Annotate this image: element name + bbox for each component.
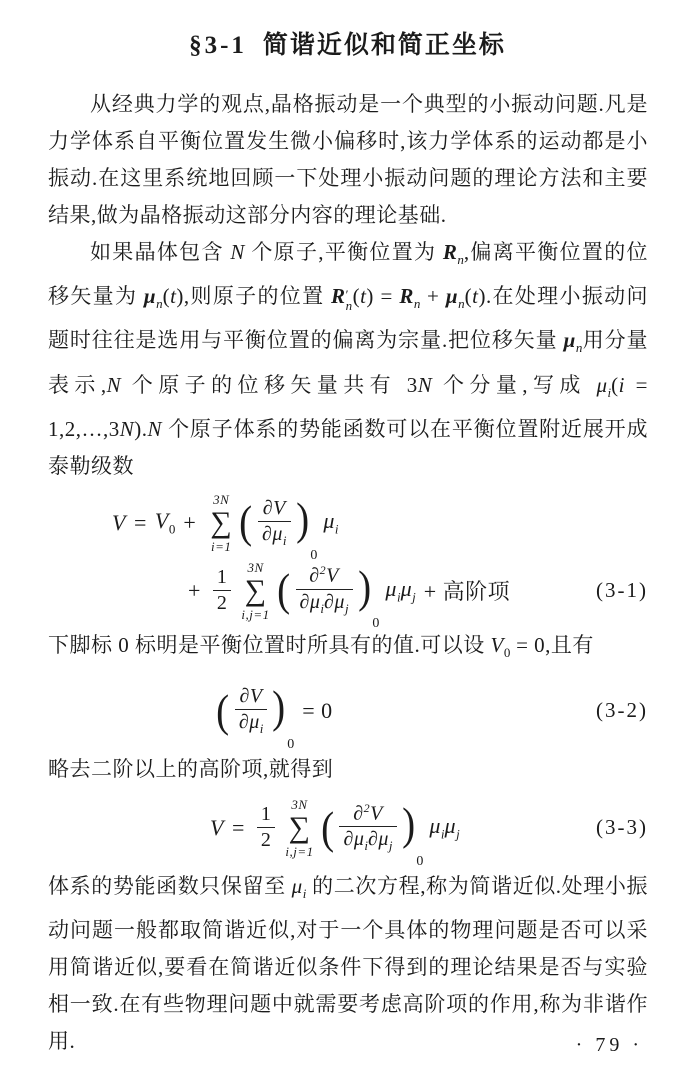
paren: ( bbox=[353, 284, 361, 308]
math-var-V0: V bbox=[155, 508, 169, 533]
paren-subscript-0: 0 bbox=[416, 854, 423, 869]
sum-upper-limit: 3N bbox=[241, 561, 269, 574]
math-var-mu: μ bbox=[445, 813, 457, 838]
text-run: 如果晶体包含 bbox=[90, 240, 230, 264]
paren-subscript-0: 0 bbox=[372, 616, 379, 631]
left-paren: ( bbox=[321, 810, 334, 847]
math-var-R-prime: R bbox=[331, 284, 346, 308]
section-number: §3-1 bbox=[189, 32, 247, 59]
math-var-V: V bbox=[370, 802, 383, 824]
paren-subscript-0: 0 bbox=[287, 737, 294, 752]
sum-lower-limit: i=1 bbox=[210, 540, 232, 553]
sum-lower-limit: i,j=1 bbox=[285, 845, 313, 858]
equation-number: (3-3) bbox=[596, 815, 648, 840]
fraction-denominator: 2 bbox=[213, 590, 232, 616]
right-paren: ) bbox=[402, 806, 415, 843]
right-paren: ) bbox=[358, 569, 371, 606]
equals-zero: = 0 bbox=[302, 698, 332, 724]
math-var-N: N bbox=[230, 240, 245, 264]
math-var-N: N bbox=[107, 373, 122, 397]
summation: 3N ∑ i,j=1 bbox=[285, 798, 313, 858]
fraction-one-half: 1 2 bbox=[213, 565, 232, 616]
sigma-icon: ∑ bbox=[210, 508, 232, 538]
left-paren: ( bbox=[239, 504, 252, 541]
equation-3-1-line-2: + 1 2 3N ∑ i,j=1 ( ∂2V ∂μi∂μj )0 μiμj + … bbox=[48, 559, 648, 623]
math-var-mu: μ bbox=[385, 576, 397, 601]
partial-mu: ∂μ bbox=[324, 591, 345, 613]
equation-3-1: V = V0 + 3N ∑ i=1 ( ∂V ∂μi )0 μi + bbox=[48, 491, 648, 623]
fraction-dV-dmu: ∂V ∂μi bbox=[258, 496, 291, 550]
fraction-denominator: ∂μi∂μj bbox=[339, 826, 396, 855]
fraction-denominator: ∂μi bbox=[235, 709, 268, 738]
text-run: 个分量,写成 bbox=[432, 373, 596, 397]
subscript-n: n bbox=[346, 300, 353, 311]
math-var-N: N bbox=[120, 417, 135, 441]
equation-number: (3-1) bbox=[596, 578, 648, 603]
partial-symbol: ∂ bbox=[353, 802, 363, 824]
math-var-mu: μ bbox=[429, 813, 441, 838]
equation-number: (3-2) bbox=[596, 698, 648, 723]
subscript-i: i bbox=[335, 521, 339, 536]
paren: ( bbox=[163, 284, 171, 308]
paragraph-harmonic-approx: 体系的势能函数只保留至 μi 的二次方程,称为简谐近似.处理小振动问题一般都取简… bbox=[48, 868, 648, 1060]
partial-mu: ∂μ bbox=[368, 828, 389, 850]
plus-sign: + bbox=[188, 578, 201, 604]
fraction-numerator: 1 bbox=[213, 565, 232, 590]
subscript-j: j bbox=[412, 589, 416, 604]
equation-3-2: ( ∂V ∂μi )0 = 0 (3-2) bbox=[48, 679, 648, 743]
sigma-icon: ∑ bbox=[285, 813, 313, 843]
text-run: 体系的势能函数只保留至 bbox=[48, 874, 292, 898]
left-paren: ( bbox=[277, 572, 290, 609]
text-run: 个原子的位移矢量共有 3 bbox=[121, 373, 418, 397]
fraction-numerator: ∂2V bbox=[339, 801, 396, 827]
math-var-V: V bbox=[112, 510, 126, 535]
text-run: 的二次方程,称为简谐近似.处理小振动问题一般都取简谐近似,对于一个具体的物理问题… bbox=[48, 874, 648, 1053]
fraction-d2V-dmu-dmu: ∂2V ∂μi∂μj bbox=[296, 563, 353, 618]
fraction-denominator: 2 bbox=[257, 827, 276, 853]
higher-order-terms: + 高阶项 bbox=[424, 575, 510, 606]
math-var-N: N bbox=[148, 417, 163, 441]
math-var-R: R bbox=[399, 284, 414, 308]
equation-3-3-line: V = 1 2 3N ∑ i,j=1 ( ∂2V ∂μi∂μj )0 μiμj bbox=[48, 796, 648, 860]
sum-lower-limit: i,j=1 bbox=[241, 608, 269, 621]
text-run: = 0,且有 bbox=[510, 633, 594, 657]
textbook-page: §3-1简谐近似和简正坐标 从经典力学的观点,晶格振动是一个典型的小振动问题.凡… bbox=[0, 0, 695, 1079]
partial-mu: ∂μ bbox=[239, 711, 260, 733]
paragraph-setup: 如果晶体包含 N 个原子,平衡位置为 Rn,偏离平衡位置的位移矢量为 μn(t)… bbox=[48, 234, 648, 485]
partial-mu: ∂μ bbox=[262, 523, 283, 545]
fraction-one-half: 1 2 bbox=[257, 802, 276, 853]
partial-mu: ∂μ bbox=[343, 828, 364, 850]
fraction-denominator: ∂μi∂μj bbox=[296, 589, 353, 618]
equation-3-1-line-1: V = V0 + 3N ∑ i=1 ( ∂V ∂μi )0 μi bbox=[48, 491, 648, 555]
fraction-d2V-dmu-dmu: ∂2V ∂μi∂μj bbox=[339, 801, 396, 856]
sum-upper-limit: 3N bbox=[285, 798, 313, 811]
subscript-j: j bbox=[456, 827, 460, 842]
text-run: ),则原子的位置 bbox=[176, 284, 331, 308]
fraction-numerator: ∂2V bbox=[296, 563, 353, 589]
fraction-numerator: ∂V bbox=[258, 496, 291, 521]
subscript-j: j bbox=[389, 838, 393, 853]
paragraph-subscript-note: 下脚标 0 标明是平衡位置时所具有的值.可以设 V0 = 0,且有 bbox=[48, 627, 648, 671]
summation: 3N ∑ i,j=1 bbox=[241, 561, 269, 621]
summation: 3N ∑ i=1 bbox=[210, 493, 232, 553]
partial-mu: ∂μ bbox=[300, 591, 321, 613]
equals-sign: = bbox=[134, 510, 147, 536]
math-var-mu: μ bbox=[144, 284, 156, 308]
math-var-mu: μ bbox=[323, 508, 335, 533]
paren-subscript-0: 0 bbox=[310, 548, 317, 563]
fraction-dV-dmu: ∂V ∂μi bbox=[235, 684, 268, 738]
math-var-mu: μ bbox=[596, 373, 607, 397]
math-var-V: V bbox=[210, 815, 224, 840]
subscript-j: j bbox=[345, 601, 349, 616]
math-var-mu: μ bbox=[446, 284, 458, 308]
sigma-icon: ∑ bbox=[241, 576, 269, 606]
prime-sub-stack: ′n bbox=[346, 289, 353, 311]
paren: ( bbox=[465, 284, 473, 308]
plus-sign: + bbox=[183, 510, 196, 536]
sum-upper-limit: 3N bbox=[210, 493, 232, 506]
math-var-N: N bbox=[418, 373, 433, 397]
equation-3-2-line: ( ∂V ∂μi )0 = 0 (3-2) bbox=[48, 679, 648, 743]
math-var-V0: V bbox=[491, 633, 504, 657]
paragraph-intro: 从经典力学的观点,晶格振动是一个典型的小振动问题.凡是力学体系自平衡位置发生微小… bbox=[48, 86, 648, 234]
paren: ( bbox=[611, 373, 619, 397]
text-run: 个原子,平衡位置为 bbox=[245, 240, 443, 264]
subscript-i: i bbox=[283, 533, 287, 548]
section-title: §3-1简谐近似和简正坐标 bbox=[0, 0, 695, 62]
page-body: 从经典力学的观点,晶格振动是一个典型的小振动问题.凡是力学体系自平衡位置发生微小… bbox=[48, 86, 648, 1060]
math-var-R: R bbox=[443, 240, 458, 264]
subscript-i: i bbox=[260, 721, 264, 736]
section-title-text: 简谐近似和简正坐标 bbox=[263, 32, 506, 59]
partial-symbol: ∂ bbox=[309, 565, 319, 587]
text-run: 略去二阶以上的高阶项,就得到 bbox=[48, 757, 333, 781]
fraction-numerator: ∂V bbox=[235, 684, 268, 709]
paragraph-text: 从经典力学的观点,晶格振动是一个典型的小振动问题.凡是力学体系自平衡位置发生微小… bbox=[48, 92, 648, 227]
math-var-mu: μ bbox=[292, 874, 303, 898]
math-var-mu: μ bbox=[564, 328, 576, 352]
fraction-numerator: 1 bbox=[257, 802, 276, 827]
subscript-0: 0 bbox=[169, 521, 176, 536]
left-paren: ( bbox=[216, 693, 229, 730]
paragraph-omit-terms: 略去二阶以上的高阶项,就得到 bbox=[48, 751, 648, 788]
fraction-denominator: ∂μi bbox=[258, 521, 291, 550]
page-number: · 79 · bbox=[576, 1034, 643, 1057]
right-paren: ) bbox=[296, 501, 309, 538]
math-var-mu: μ bbox=[401, 576, 413, 601]
right-paren: ) bbox=[273, 689, 286, 726]
text-run: + bbox=[420, 284, 446, 308]
equation-3-3: V = 1 2 3N ∑ i,j=1 ( ∂2V ∂μi∂μj )0 μiμj bbox=[48, 796, 648, 860]
paren: ). bbox=[134, 417, 147, 441]
text-run: ) = bbox=[366, 284, 399, 308]
math-var-V: V bbox=[326, 565, 339, 587]
text-run: 下脚标 0 标明是平衡位置时所具有的值.可以设 bbox=[48, 633, 491, 657]
equals-sign: = bbox=[232, 815, 245, 841]
